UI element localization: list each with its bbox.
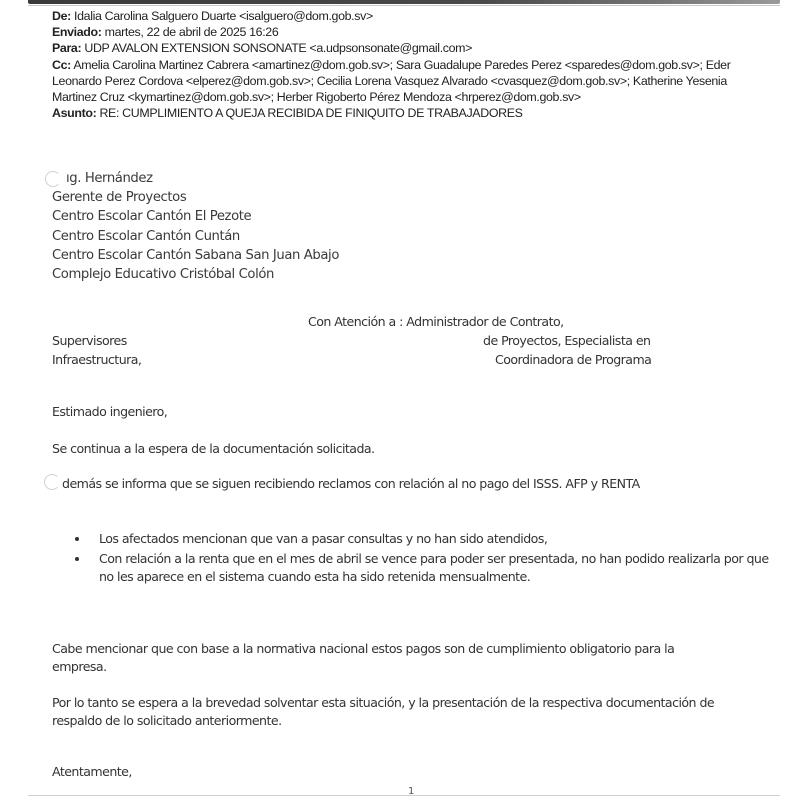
bullet-icon — [75, 537, 79, 541]
recipient-school-1: Centro Escolar Cantón El Pezote — [52, 207, 339, 226]
list-item-text: Los afectados mencionan que van a pasar … — [99, 531, 547, 546]
list-item: Los afectados mencionan que van a pasar … — [70, 530, 770, 548]
greeting: Estimado ingeniero, — [52, 403, 772, 421]
cc-label: Cc: — [52, 58, 71, 72]
to-row: Para: UDP AVALON EXTENSION SONSONATE <a.… — [52, 40, 772, 56]
attention-line-3: Coordinadora de Programa — [495, 352, 651, 367]
attention-line-2: de Proyectos, Especialista en — [483, 333, 650, 348]
recipient-title: Gerente de Proyectos — [52, 188, 339, 207]
attention-left-1: Supervisores — [52, 333, 127, 348]
email-header: De: Idalia Carolina Salguero Duarte <isa… — [52, 8, 772, 121]
page-number: 1 — [408, 786, 414, 797]
subject-row: Asunto: RE: CUMPLIMIENTO A QUEJA RECIBID… — [52, 105, 772, 121]
list-item-text: Con relación a la renta que en el mes de… — [99, 551, 769, 584]
cc-value: Amelia Carolina Martinez Cabrera <amarti… — [52, 58, 730, 104]
from-label: De: — [52, 9, 71, 23]
recipient-school-2: Centro Escolar Cantón Cuntán — [52, 227, 339, 246]
paragraph-regulation: Cabe mencionar que con base a la normati… — [52, 640, 732, 676]
subject-value: RE: CUMPLIMIENTO A QUEJA RECIBIDA DE FIN… — [99, 106, 522, 120]
recipient-school-4: Complejo Educativo Cristóbal Colón — [52, 265, 339, 284]
recipient-school-3: Centro Escolar Cantón Sabana San Juan Ab… — [52, 246, 339, 265]
recipient-name: ıg. Hernández — [52, 169, 339, 188]
attention-left-2: Infraestructura, — [52, 352, 141, 367]
attention-line-1: Con Atención a : Administrador de Contra… — [308, 314, 564, 329]
from-row: De: Idalia Carolina Salguero Duarte <isa… — [52, 8, 772, 24]
recipient-block: ıg. Hernández Gerente de Proyectos Centr… — [52, 169, 339, 284]
sent-row: Enviado: martes, 22 de abril de 2025 16:… — [52, 24, 772, 40]
claims-list: Los afectados mencionan que van a pasar … — [70, 530, 770, 586]
to-label: Para: — [52, 41, 81, 55]
paragraph-claims: demás se informa que se siguen recibiend… — [52, 475, 742, 493]
paragraph-claims-text: demás se informa que se siguen recibiend… — [52, 476, 640, 491]
sent-label: Enviado: — [52, 25, 102, 39]
sent-value: martes, 22 de abril de 2025 16:26 — [105, 25, 279, 39]
cc-row: Cc: Amelia Carolina Martinez Cabrera <am… — [52, 57, 772, 106]
list-item: Con relación a la renta que en el mes de… — [70, 550, 770, 586]
closing: Atentamente, — [52, 763, 772, 781]
top-border-rule-thin — [28, 5, 780, 6]
subject-label: Asunto: — [52, 106, 96, 120]
paragraph-waiting: Se continua a la espera de la documentac… — [52, 440, 772, 458]
from-value: Idalia Carolina Salguero Duarte <isalgue… — [74, 9, 373, 23]
to-value: UDP AVALON EXTENSION SONSONATE <a.udpson… — [84, 41, 472, 55]
bullet-icon — [75, 557, 79, 561]
paragraph-request: Por lo tanto se espera a la brevedad sol… — [52, 694, 752, 730]
bottom-border-rule — [28, 795, 780, 796]
top-border-rule — [28, 0, 780, 4]
